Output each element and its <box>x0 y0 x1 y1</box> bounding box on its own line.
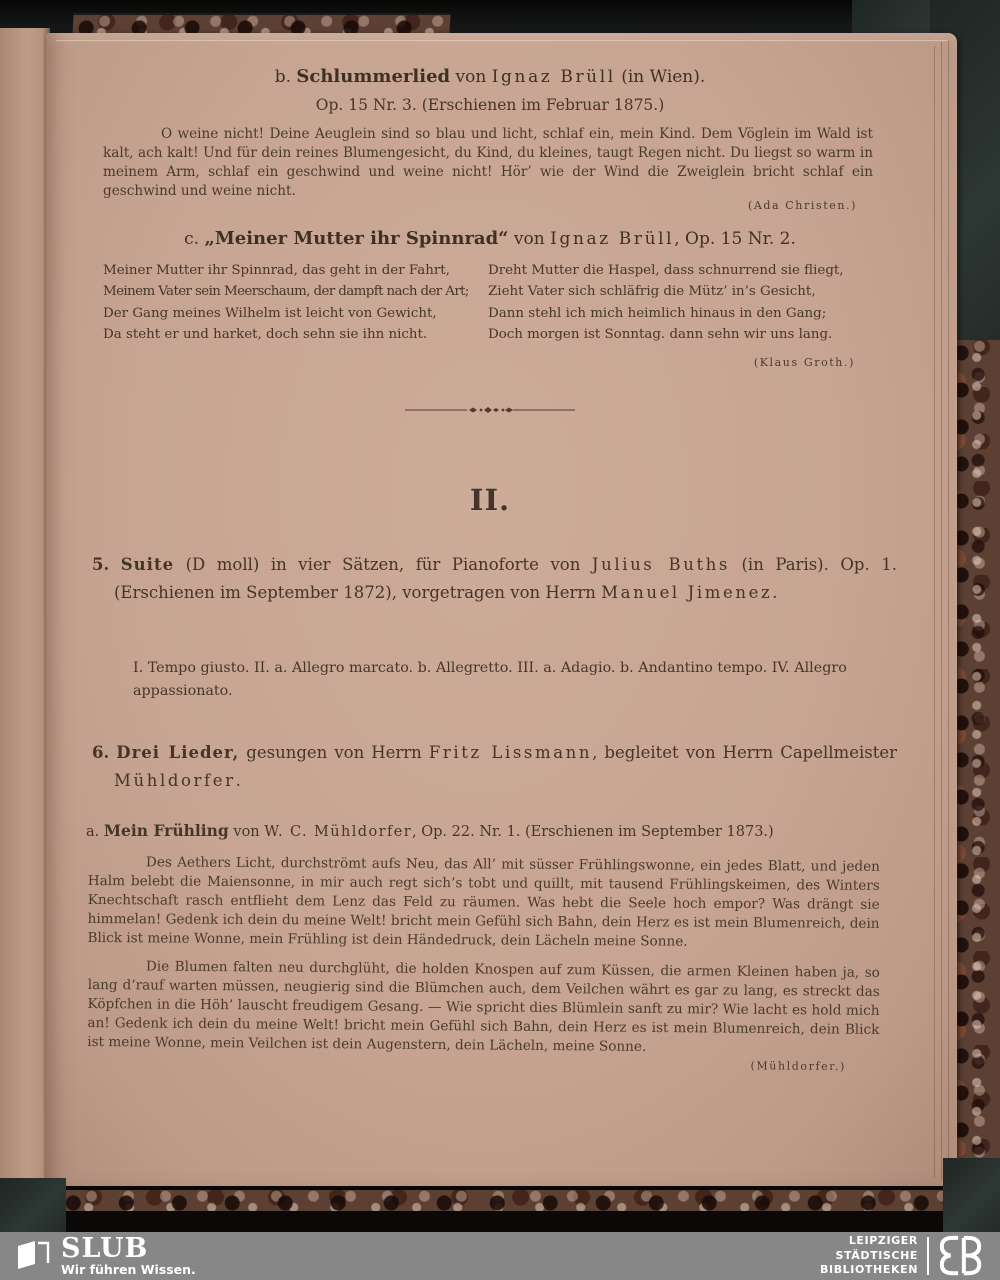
item-5-number: 5. <box>92 555 109 574</box>
song-b-letter: b. <box>275 67 291 87</box>
song-b-rest: (in Wien). <box>616 67 705 87</box>
slub-wordmark-block: SLUB Wir führen Wissen. <box>61 1236 196 1277</box>
scanned-page-view: b. Schlummerlied von Ignaz Brüll (in Wie… <box>0 0 1000 1280</box>
leipzig-library-branding: LEIPZIGER STÄDTISCHE BIBLIOTHEKEN <box>820 1232 984 1280</box>
item-5-movements: I. Tempo giusto. II. a. Allegro marcato.… <box>133 657 875 703</box>
item-6-accompanist: Mühldorfer <box>114 771 236 790</box>
slub-tagline: Wir führen Wissen. <box>61 1262 196 1277</box>
ornamental-divider-icon <box>405 401 575 420</box>
song-c-conn: von <box>509 229 551 249</box>
song-a-composer: W. C. Mühldorfer <box>264 824 412 840</box>
item-5-title: Suite <box>121 555 174 574</box>
program-item-6: 6. Drei Lieder, gesungen von Herrn Fritz… <box>92 739 897 794</box>
song-c-title: „Meiner Mutter ihr Spinnrad“ <box>204 228 508 249</box>
page-edge-line <box>948 40 949 1182</box>
song-b-attribution: (Ada Christen.) <box>500 199 857 212</box>
library-name-line: BIBLIOTHEKEN <box>820 1263 918 1278</box>
item-6-text: gesungen von Herrn <box>239 743 429 762</box>
item-6-singer: Fritz Lissmann <box>429 743 592 762</box>
verse-line: Meiner Mutter ihr Spinnrad, das geht in … <box>103 260 488 281</box>
page-edge-line <box>941 42 942 1180</box>
song-a-rest: , Op. 22. Nr. 1. (Erschienen im Septembe… <box>412 824 774 840</box>
marbled-board-edge-bottom <box>60 1190 945 1211</box>
verse-right-column: Dreht Mutter die Haspel, dass schnurrend… <box>488 260 877 345</box>
verse-line: Zieht Vater sich schläfrig die Mütz’ in’… <box>488 281 877 302</box>
song-c-rest: , Op. 15 Nr. 2. <box>674 229 796 249</box>
verse-columns: Meiner Mutter ihr Spinnrad, das geht in … <box>103 260 877 345</box>
song-b-subheading: Op. 15 Nr. 3. (Erschienen im Februar 187… <box>140 96 840 114</box>
program-item-5: 5. Suite (D moll) in vier Sätzen, für Pi… <box>92 551 897 606</box>
song-b-composer: Ignaz Brüll <box>492 67 616 87</box>
library-name-line: STÄDTISCHE <box>820 1249 918 1264</box>
page-edge-highlight <box>56 40 948 41</box>
verse-line: Dann stehl ich mich heimlich hinaus in d… <box>488 303 877 324</box>
part-heading: II. <box>140 483 840 517</box>
slub-wordmark: SLUB <box>61 1236 196 1261</box>
song-a-text-1: Des Aethers Licht, durchströmt aufs Neu,… <box>87 853 880 953</box>
open-book-icon <box>16 1239 50 1271</box>
song-a-title: Mein Frühling <box>104 821 229 840</box>
item-5-text: (D moll) in vier Sätzen, für Pianoforte … <box>174 555 592 574</box>
verse-line: Der Gang meines Wilhelm ist leicht von G… <box>103 303 488 324</box>
footer-separator <box>927 1237 929 1275</box>
verse-line: Meinem Vater sein Meerschaum, der dampft… <box>103 281 488 302</box>
library-name-line: LEIPZIGER <box>820 1234 918 1249</box>
item-6-number: 6. <box>92 743 109 762</box>
song-b-conn: von <box>450 67 492 87</box>
song-c-attribution: (Klaus Groth.) <box>500 356 855 369</box>
song-a-text-2: Die Blumen falten neu durchglüht, die ho… <box>87 957 880 1059</box>
library-footer-bar: SLUB Wir führen Wissen. LEIPZIGER STÄDTI… <box>0 1232 1000 1280</box>
song-a-conn: von <box>229 824 264 840</box>
song-b-text: O weine nicht! Deine Aeuglein sind so bl… <box>103 125 873 201</box>
page-edge-line <box>934 46 935 1178</box>
verse-left-column: Meiner Mutter ihr Spinnrad, das geht in … <box>103 260 488 345</box>
double-b-book-icon <box>938 1234 984 1278</box>
song-c-composer: Ignaz Brüll <box>550 229 674 249</box>
slub-branding: SLUB Wir führen Wissen. <box>16 1236 196 1277</box>
item-6-text: , begleitet von Herrn Capellmeister <box>592 743 897 762</box>
song-c-letter: c. <box>184 229 199 249</box>
song-a-letter: a. <box>86 824 99 840</box>
song-b-title: Schlummerlied <box>296 66 450 87</box>
item-5-pianist: Manuel Jimenez <box>601 583 772 602</box>
verse-line: Dreht Mutter die Haspel, dass schnurrend… <box>488 260 877 281</box>
song-c-heading: c. „Meiner Mutter ihr Spinnrad“ von Igna… <box>100 228 880 249</box>
verse-line: Doch morgen ist Sonntag. dann sehn wir u… <box>488 324 877 345</box>
item-5-performer: Julius Buths <box>592 555 730 574</box>
library-name-block: LEIPZIGER STÄDTISCHE BIBLIOTHEKEN <box>820 1234 918 1278</box>
song-b-heading: b. Schlummerlied von Ignaz Brüll (in Wie… <box>140 66 840 87</box>
book-cover-leather-bottom-left <box>0 1178 66 1232</box>
page-gutter-fold <box>0 28 50 1188</box>
item-6-title: Drei Lieder, <box>116 743 239 762</box>
item-6-text: . <box>236 771 241 790</box>
book-cover-leather-bottom-right <box>943 1158 1000 1232</box>
item-5-text: . <box>772 583 777 602</box>
verse-line: Da steht er und harket, doch sehn sie ih… <box>103 324 488 345</box>
song-a-heading: a. Mein Frühling von W. C. Mühldorfer, O… <box>86 821 886 840</box>
